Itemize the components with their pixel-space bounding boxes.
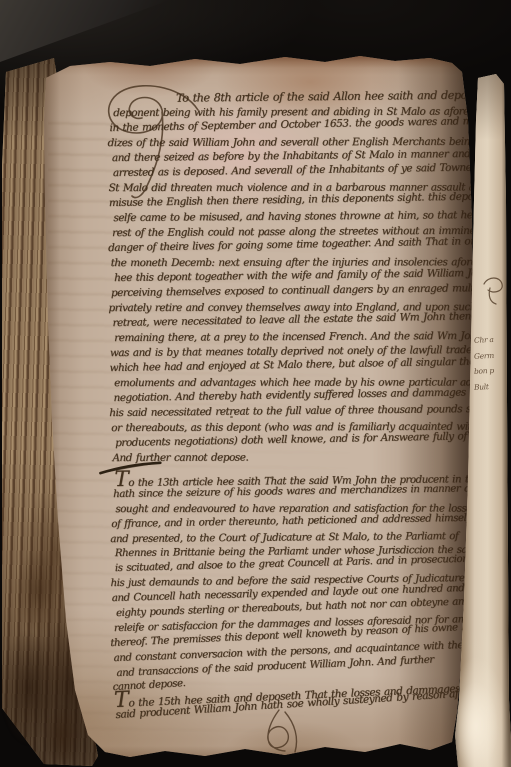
- marginal-note-line: bon p: [474, 362, 509, 379]
- marginal-note-line: Bult: [474, 378, 509, 395]
- background-shadow-wedge: [0, 0, 185, 72]
- manuscript-photograph: To the 8th article of the said Allon hee…: [0, 0, 511, 767]
- facing-page-flourish-icon: [478, 274, 508, 308]
- page-bottom-edge-shading: [40, 746, 476, 760]
- manuscript-page: To the 8th article of the said Allon hee…: [40, 54, 476, 760]
- facing-page-marginal-note: Chr aGermbon pBult: [474, 332, 508, 394]
- ink-speck: [230, 416, 233, 418]
- marginal-note-line: Chr a: [474, 331, 509, 348]
- marginal-note-line: Germ: [474, 347, 509, 364]
- facing-page-bottom-curl: [452, 677, 511, 767]
